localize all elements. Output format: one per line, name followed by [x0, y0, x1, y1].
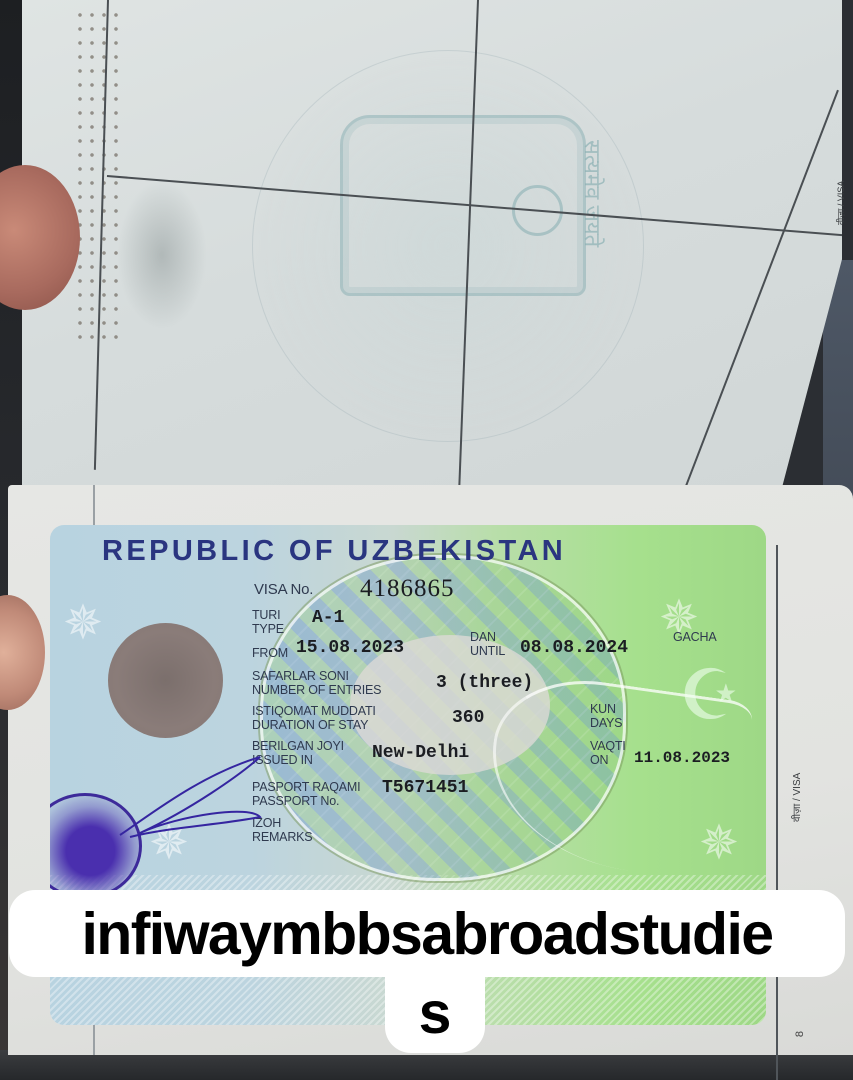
issued-label-uz: BERILGAN JOYI — [252, 740, 344, 753]
on-label-en: ON — [590, 754, 608, 767]
duration-of-stay: 360 — [452, 708, 484, 728]
type-label-uz: TURI — [252, 609, 280, 622]
star-crescent-icon: ✵ — [690, 815, 748, 873]
until-label-en: UNTIL — [470, 645, 505, 658]
emblem-motto: सत्यमेव जयते — [577, 140, 607, 247]
caption-text: infiwaymbbsabroadstudie — [9, 892, 845, 976]
visa-type: A-1 — [312, 608, 344, 628]
gacha-label: GACHA — [673, 631, 716, 644]
valid-from: 15.08.2023 — [296, 638, 404, 658]
visa-no-label: VISA No. — [254, 583, 313, 596]
days-label-uz: KUN — [590, 703, 616, 716]
upper-page-side-label: वीज़ा / VISA — [834, 181, 847, 225]
valid-until: 08.08.2024 — [520, 638, 628, 658]
number-of-entries: 3 (three) — [436, 673, 533, 693]
passport-upper-page: सत्यमेव जयते — [22, 0, 842, 540]
page-rule — [776, 545, 778, 1080]
visa-country-title: REPUBLIC OF UZBEKISTAN — [102, 535, 566, 568]
type-label-en: TYPE — [252, 623, 284, 636]
passport-number: T5671451 — [382, 778, 468, 798]
ink-smudge — [117, 180, 207, 330]
from-label: FROM — [252, 647, 288, 660]
days-label-en: DAYS — [590, 717, 622, 730]
hologram-disc — [108, 623, 223, 738]
issue-date: 11.08.2023 — [634, 749, 730, 767]
page-number: 8 — [794, 1031, 806, 1037]
issued-in: New-Delhi — [372, 743, 469, 763]
page-rule — [669, 90, 839, 529]
duration-label-en: DURATION OF STAY — [252, 719, 368, 732]
on-label-uz: VAQTI — [590, 740, 626, 753]
star-crescent-icon: ✵ — [54, 595, 112, 653]
entries-label-uz: SAFARLAR SONI — [252, 670, 349, 683]
signature — [110, 755, 270, 845]
until-label-uz: DAN — [470, 631, 496, 644]
visa-number: 4186865 — [360, 575, 455, 603]
entries-label-en: NUMBER OF ENTRIES — [252, 684, 381, 697]
lower-page-side-label: वीज़ा / VISA — [789, 773, 803, 822]
star-crescent-icon: ☪ — [670, 655, 750, 735]
caption-text-continued: s — [385, 975, 485, 1051]
duration-label-uz: ISTIQOMAT MUDDATI — [252, 705, 376, 718]
